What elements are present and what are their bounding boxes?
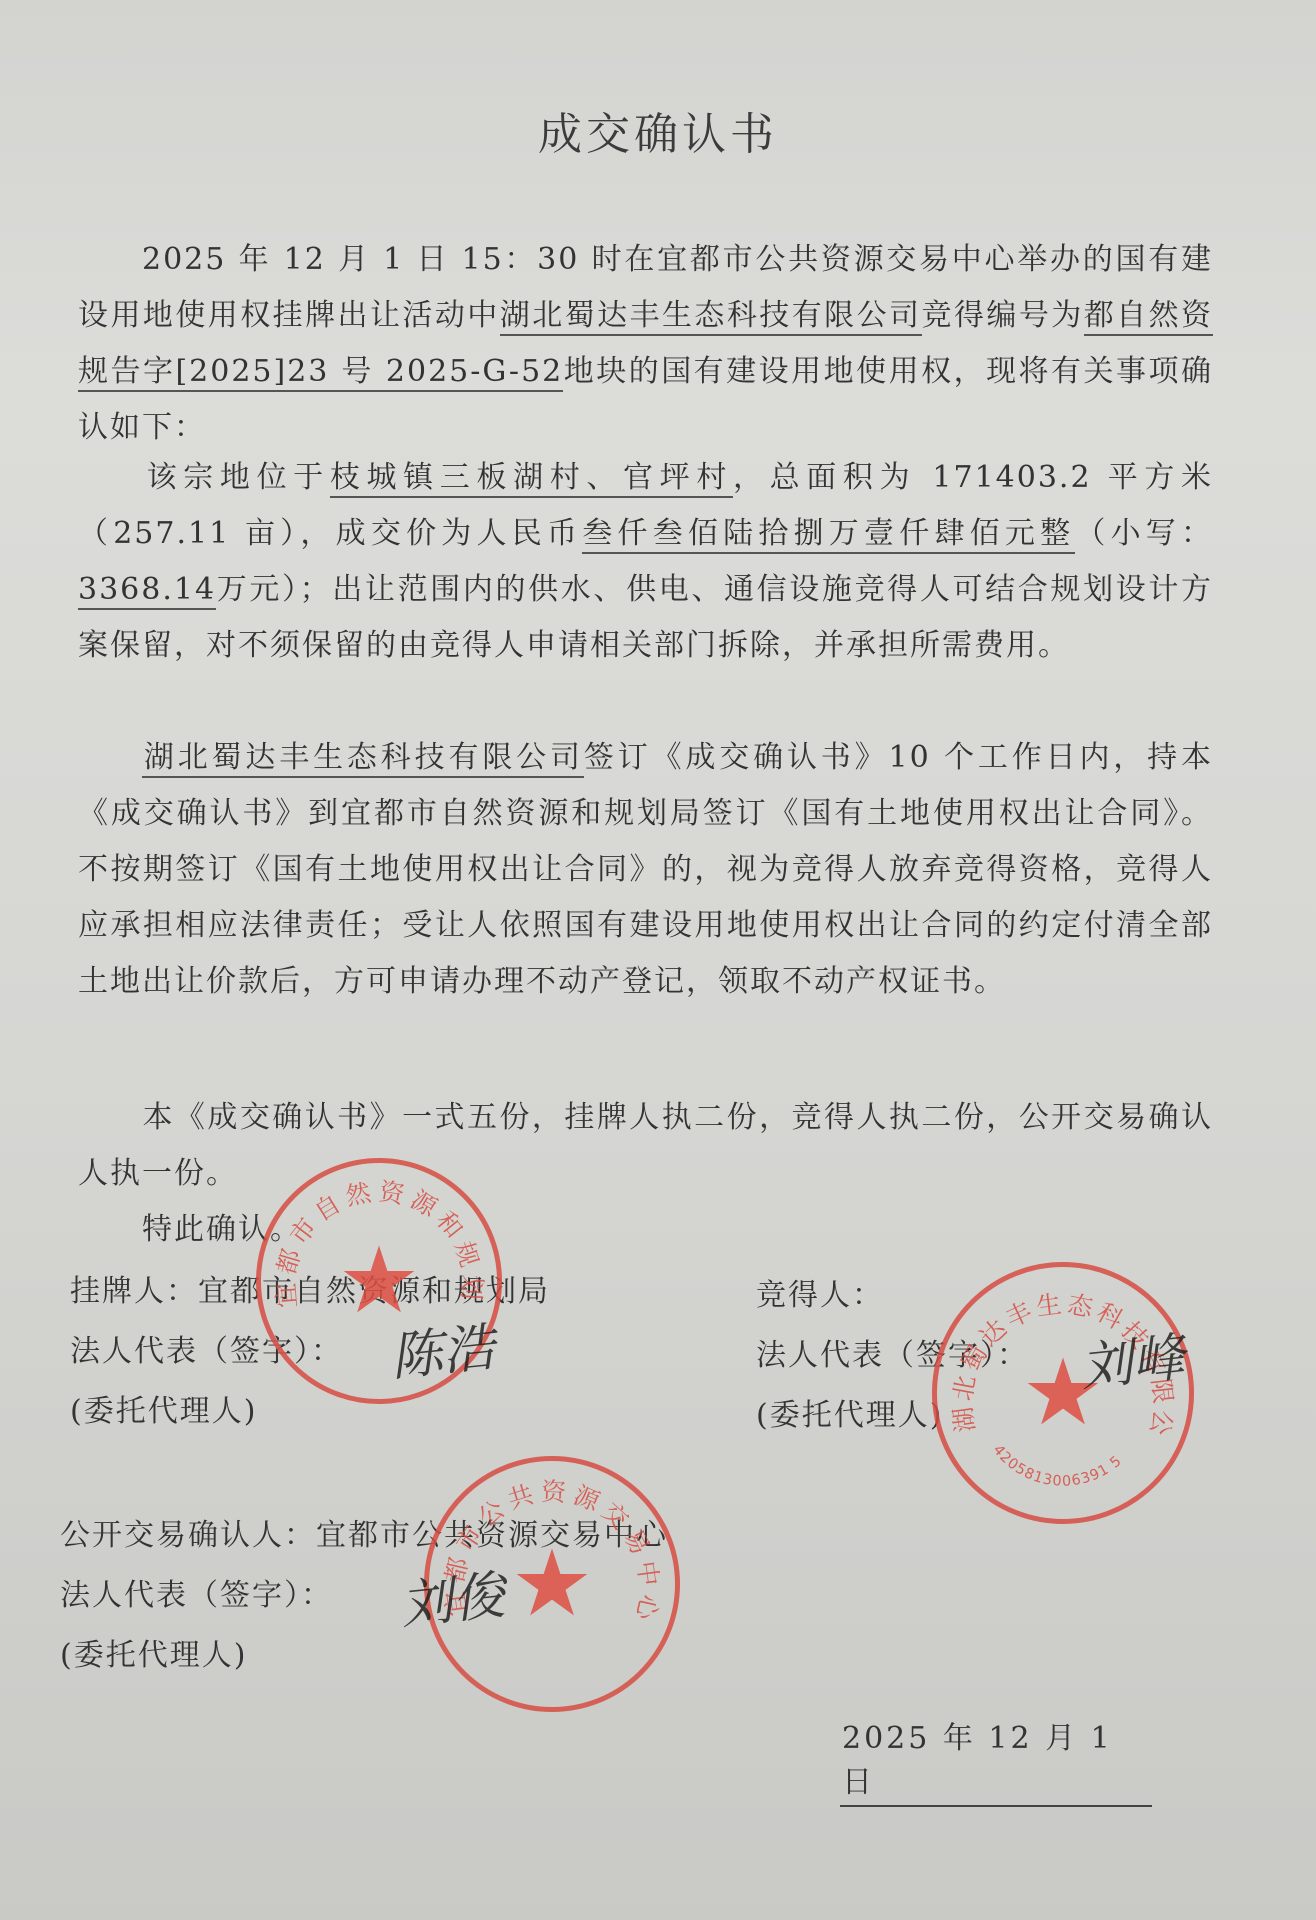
document-page: 成交确认书 2025 年 12 月 1 日 15：30 时在宜都市公共资源交易中… bbox=[0, 0, 1316, 1920]
lister-line: 挂牌人：宜都市自然资源和规划局 bbox=[70, 1272, 550, 1312]
seal-ring-text: 湖北蜀达丰生态科技有限公司 4205813006391 5 bbox=[937, 1267, 1189, 1519]
price-numeric: 3368.14 bbox=[78, 572, 216, 610]
terms-text: 签订《成交确认书》10 个工作日内，持本《成交确认书》到宜都市自然资源和规划局签… bbox=[78, 740, 1213, 999]
paragraph-copies: 本《成交确认书》一式五份，挂牌人执二份，竞得人执二份，公开交易确认人执一份。 bbox=[78, 1090, 1213, 1202]
paragraph-contract-terms: 湖北蜀达丰生态科技有限公司签订《成交确认书》10 个工作日内，持本《成交确认书》… bbox=[78, 730, 1213, 1010]
parcel-location: 枝城镇三板湖村、官坪村 bbox=[330, 460, 733, 498]
confirmer-rep-label: 法人代表（签字）： bbox=[60, 1576, 333, 1616]
closing-text: 特此确认。 bbox=[142, 1212, 302, 1247]
lister-handwritten-signature: 陈浩 bbox=[386, 1305, 497, 1390]
svg-text:4205813006391 5: 4205813006391 5 bbox=[990, 1442, 1126, 1490]
winner-company-seal: 湖北蜀达丰生态科技有限公司 4205813006391 5 ★ bbox=[932, 1262, 1194, 1524]
winner-agent-label: (委托代理人) bbox=[756, 1396, 943, 1436]
paragraph-intro: 2025 年 12 月 1 日 15：30 时在宜都市公共资源交易中心举办的国有… bbox=[78, 232, 1213, 456]
terms-company: 湖北蜀达丰生态科技有限公司 bbox=[142, 740, 584, 778]
winner-label: 竞得人： bbox=[756, 1276, 884, 1316]
lister-rep-label: 法人代表（签字）： bbox=[70, 1332, 343, 1372]
copies-text: 本《成交确认书》一式五份，挂牌人执二份，竞得人执二份，公开交易确认人执一份。 bbox=[78, 1100, 1213, 1191]
winning-company: 湖北蜀达丰生态科技有限公司 bbox=[500, 298, 922, 336]
location-prefix: 该宗地位于 bbox=[142, 460, 330, 495]
lister-name: 宜都市自然资源和规划局 bbox=[198, 1274, 550, 1309]
confirmer-label: 公开交易确认人： bbox=[60, 1518, 316, 1553]
winner-rep-label: 法人代表（签字）： bbox=[756, 1336, 1029, 1376]
document-title: 成交确认书 bbox=[0, 98, 1316, 162]
price-label: （小写： bbox=[1075, 516, 1213, 551]
lister-agent-label: (委托代理人) bbox=[70, 1392, 257, 1432]
confirmer-name: 宜都市公共资源交易中心 bbox=[316, 1518, 668, 1553]
seal-ring-text: 宜都市公共资源交易中心 bbox=[429, 1461, 675, 1707]
intro-between: 竞得编号为 bbox=[922, 298, 1084, 333]
price-uppercase: 叁仟叁佰陆拾捌万壹仟肆佰元整 bbox=[582, 516, 1075, 554]
details-after: 万元）；出让范围内的供水、供电、通信设施竞得人可结合规划设计方案保留，对不须保留… bbox=[78, 572, 1213, 663]
lister-label: 挂牌人： bbox=[70, 1274, 198, 1309]
seal-star-icon: ★ bbox=[1022, 1347, 1104, 1439]
confirmer-line: 公开交易确认人：宜都市公共资源交易中心 bbox=[60, 1516, 668, 1556]
winner-handwritten-signature: 刘峰 bbox=[1076, 1315, 1187, 1400]
paragraph-closing: 特此确认。 bbox=[78, 1202, 1213, 1258]
confirmer-handwritten-signature: 刘俊 bbox=[396, 1553, 507, 1638]
confirmer-agent-label: (委托代理人) bbox=[60, 1636, 247, 1676]
document-date: 2025 年 12 月 1 日 bbox=[840, 1713, 1152, 1807]
paragraph-parcel-details: 该宗地位于枝城镇三板湖村、官坪村，总面积为 171403.2 平方米（257.1… bbox=[78, 450, 1213, 674]
confirmer-center-seal: 宜都市公共资源交易中心 ★ bbox=[424, 1456, 680, 1712]
